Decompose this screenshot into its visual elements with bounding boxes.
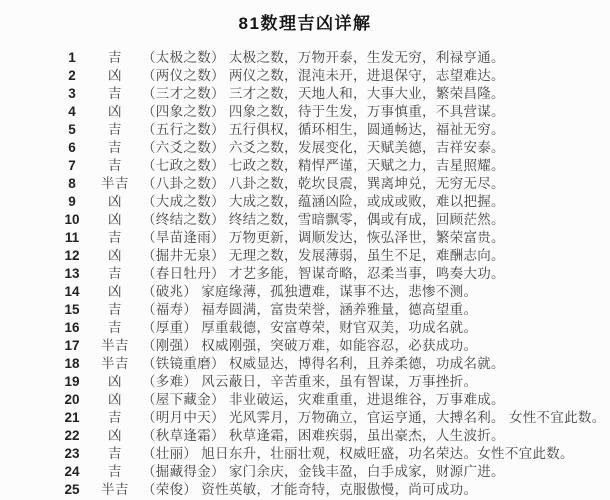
table-row: 2凶（两仪之数） 两仪之数，混沌未开，进退保守，志望难达。 [0,67,610,85]
row-number: 16 [54,319,90,337]
row-number: 11 [54,229,90,247]
luck-label: 凶 [96,427,134,445]
row-text: （掘井无泉） 无理之数，发展薄弱，虽生不足，难酬志向。 [142,247,505,265]
row-text: （厚重） 厚重载德，安富尊荣，财官双美，功成名就。 [142,319,477,337]
table-row: 24吉（掘藏得金） 家门余庆，金钱丰盈，白手成家，财源广进。 [0,463,610,481]
row-text: （大成之数） 大成之数，蕴涵凶险，或成或败，难以把握。 [142,193,505,211]
row-number: 25 [54,481,90,499]
table-row: 25半吉（荣俊） 资性英敏，才能奇特，克服傲慢，尚可成功。 [0,481,610,499]
table-row: 6吉（六爻之数） 六爻之数，发展变化，天赋美德，吉祥安泰。 [0,139,610,157]
row-text: （四象之数） 四象之数，待于生发，万事慎重，不具营谋。 [142,103,505,121]
row-text: （铁镜重磨） 权威显达，博得名利，且养柔德，功成名就。 [142,355,505,373]
luck-label: 吉 [96,409,134,427]
luck-label: 吉 [96,49,134,67]
table-row: 10凶（终结之数） 终结之数，雪暗飘零，偶或有成，回顾茫然。 [0,211,610,229]
table-row: 14凶（破兆） 家庭缘薄，孤独遭难，谋事不达，悲惨不测。 [0,283,610,301]
numerology-document: 81数理吉凶详解 1吉（太极之数） 太极之数，万物开泰，生发无穷，利禄亨通。2凶… [0,0,610,500]
row-number: 24 [54,463,90,481]
luck-label: 凶 [96,247,134,265]
luck-label: 吉 [96,157,134,175]
table-row: 22凶（秋草逢霜） 秋草逢霜，困难疾弱，虽出豪杰，人生波折。 [0,427,610,445]
table-row: 7吉（七政之数） 七政之数，精悍严谨，天赋之力，吉星照耀。 [0,157,610,175]
table-row: 9凶（大成之数） 大成之数，蕴涵凶险，或成或败，难以把握。 [0,193,610,211]
luck-label: 吉 [96,121,134,139]
row-text: （三才之数） 三才之数，天地人和，大事大业，繁荣昌隆。 [142,85,505,103]
table-row: 1吉（太极之数） 太极之数，万物开泰，生发无穷，利禄亨通。 [0,49,610,67]
row-text: （明月中天） 光风霁月，万物确立，官运亨通，大搏名利。 女性不宜此数。 [142,409,606,427]
table-row: 3吉（三才之数） 三才之数，天地人和，大事大业，繁荣昌隆。 [0,85,610,103]
row-text: （多难） 风云蔽日，辛苦重来，虽有智谋，万事挫折。 [142,373,477,391]
luck-label: 凶 [96,193,134,211]
row-text: （六爻之数） 六爻之数，发展变化，天赋美德，吉祥安泰。 [142,139,505,157]
row-number: 1 [54,49,90,67]
row-number: 19 [54,373,90,391]
luck-label: 凶 [96,373,134,391]
row-number: 18 [54,355,90,373]
row-text: （春日牡丹） 才艺多能，智谋奇略，忍柔当事，鸣奏大功。 [142,265,505,283]
row-number: 5 [54,121,90,139]
table-row: 5吉（五行之数） 五行俱权，循环相生，圆通畅达，福祉无穷。 [0,121,610,139]
row-number: 14 [54,283,90,301]
table-row: 11吉（旱苗逢雨） 万物更新，调顺发达，恢弘泽世，繁荣富贵。 [0,229,610,247]
table-row: 20凶（屋下藏金） 非业破运，灾难重重，进退维谷，万事难成。 [0,391,610,409]
numerology-table: 1吉（太极之数） 太极之数，万物开泰，生发无穷，利禄亨通。2凶（两仪之数） 两仪… [0,49,610,499]
luck-label: 凶 [96,391,134,409]
row-text: （旱苗逢雨） 万物更新，调顺发达，恢弘泽世，繁荣富贵。 [142,229,505,247]
row-number: 3 [54,85,90,103]
row-number: 9 [54,193,90,211]
table-row: 15吉（福寿） 福寿圆满，富贵荣誉，涵养雅量，德高望重。 [0,301,610,319]
luck-label: 凶 [96,211,134,229]
row-number: 17 [54,337,90,355]
table-row: 19凶（多难） 风云蔽日，辛苦重来，虽有智谋，万事挫折。 [0,373,610,391]
row-text: （终结之数） 终结之数，雪暗飘零，偶或有成，回顾茫然。 [142,211,505,229]
table-row: 23吉（壮丽） 旭日东升，壮丽壮观，权威旺盛，功名荣达。女性不宜此数。 [0,445,610,463]
row-number: 10 [54,211,90,229]
table-row: 4凶（四象之数） 四象之数，待于生发，万事慎重，不具营谋。 [0,103,610,121]
row-number: 4 [54,103,90,121]
luck-label: 凶 [96,67,134,85]
luck-label: 吉 [96,229,134,247]
luck-label: 吉 [96,139,134,157]
luck-label: 吉 [96,85,134,103]
luck-label: 半吉 [96,175,134,193]
row-number: 20 [54,391,90,409]
row-text: （福寿） 福寿圆满，富贵荣誉，涵养雅量，德高望重。 [142,301,477,319]
row-text: （八卦之数） 八卦之数，乾坎艮震，巽离坤兑，无穷无尽。 [142,175,505,193]
luck-label: 半吉 [96,481,134,499]
table-row: 8半吉（八卦之数） 八卦之数，乾坎艮震，巽离坤兑，无穷无尽。 [0,175,610,193]
luck-label: 半吉 [96,337,134,355]
row-number: 12 [54,247,90,265]
row-text: （壮丽） 旭日东升，壮丽壮观，权威旺盛，功名荣达。女性不宜此数。 [142,445,574,463]
luck-label: 凶 [96,283,134,301]
row-number: 22 [54,427,90,445]
luck-label: 吉 [96,445,134,463]
luck-label: 凶 [96,103,134,121]
row-number: 15 [54,301,90,319]
luck-label: 吉 [96,265,134,283]
row-number: 13 [54,265,90,283]
row-number: 6 [54,139,90,157]
row-text: （秋草逢霜） 秋草逢霜，困难疾弱，虽出豪杰，人生波折。 [142,427,505,445]
row-number: 8 [54,175,90,193]
table-row: 12凶（掘井无泉） 无理之数，发展薄弱，虽生不足，难酬志向。 [0,247,610,265]
table-row: 16吉（厚重） 厚重载德，安富尊荣，财官双美，功成名就。 [0,319,610,337]
page-title: 81数理吉凶详解 [0,0,610,40]
row-number: 2 [54,67,90,85]
row-text: （破兆） 家庭缘薄，孤独遭难，谋事不达，悲惨不测。 [142,283,477,301]
row-text: （五行之数） 五行俱权，循环相生，圆通畅达，福祉无穷。 [142,121,505,139]
table-row: 18半吉（铁镜重磨） 权威显达，博得名利，且养柔德，功成名就。 [0,355,610,373]
luck-label: 吉 [96,463,134,481]
row-text: （七政之数） 七政之数，精悍严谨，天赋之力，吉星照耀。 [142,157,505,175]
row-number: 7 [54,157,90,175]
luck-label: 吉 [96,319,134,337]
table-row: 13吉（春日牡丹） 才艺多能，智谋奇略，忍柔当事，鸣奏大功。 [0,265,610,283]
row-text: （荣俊） 资性英敏，才能奇特，克服傲慢，尚可成功。 [142,481,477,499]
row-text: （两仪之数） 两仪之数，混沌未开，进退保守，志望难达。 [142,67,505,85]
row-text: （刚强） 权威刚强，突破万难，如能容忍，必获成功。 [142,337,477,355]
row-text: （屋下藏金） 非业破运，灾难重重，进退维谷，万事难成。 [142,391,505,409]
row-text: （掘藏得金） 家门余庆，金钱丰盈，白手成家，财源广进。 [142,463,505,481]
row-number: 23 [54,445,90,463]
row-number: 21 [54,409,90,427]
luck-label: 半吉 [96,355,134,373]
row-text: （太极之数） 太极之数，万物开泰，生发无穷，利禄亨通。 [142,49,505,67]
luck-label: 吉 [96,301,134,319]
table-row: 21吉（明月中天） 光风霁月，万物确立，官运亨通，大搏名利。 女性不宜此数。 [0,409,610,427]
table-row: 17半吉（刚强） 权威刚强，突破万难，如能容忍，必获成功。 [0,337,610,355]
